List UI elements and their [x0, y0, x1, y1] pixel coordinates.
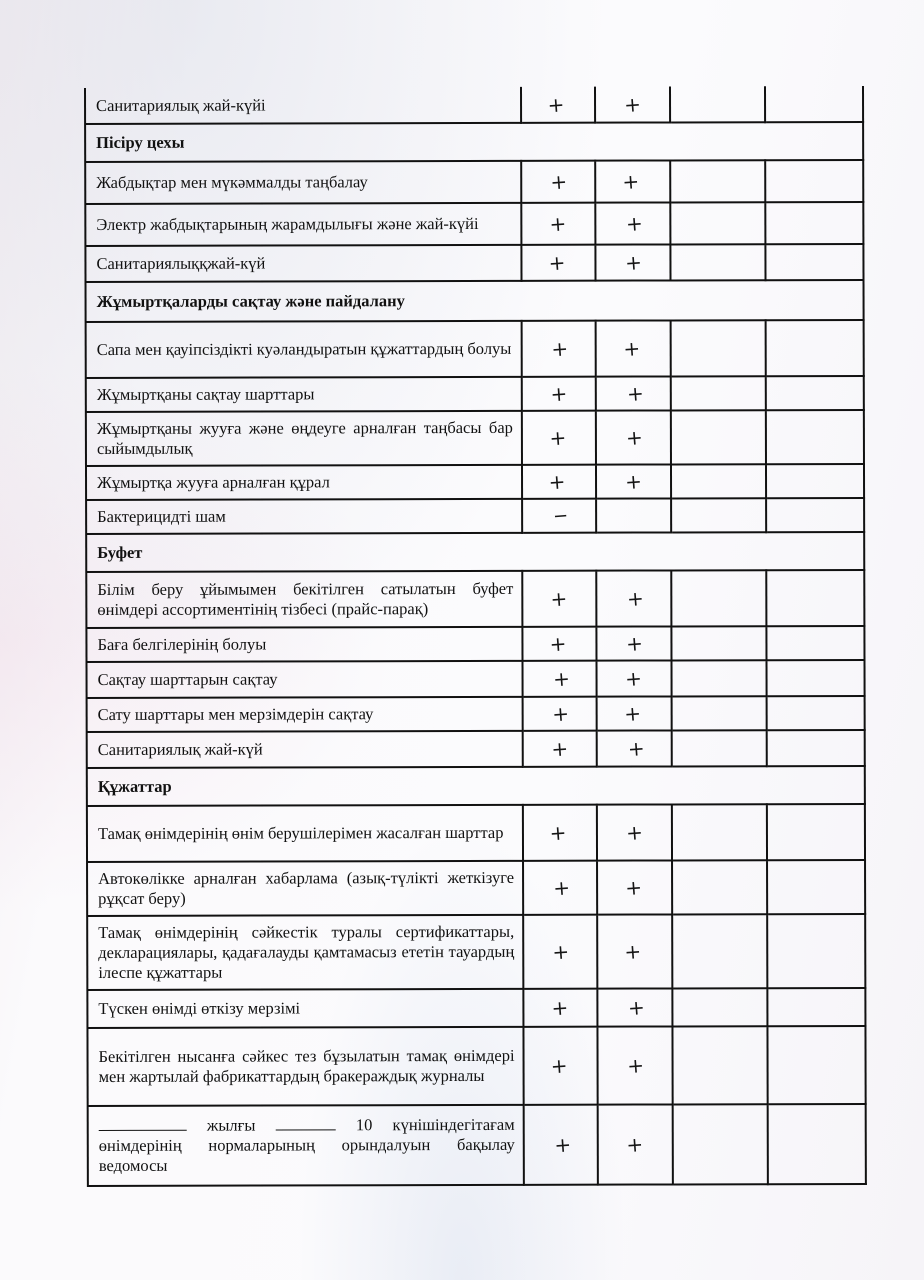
item-cell: Жұмыртқа жууға арналған құрал: [86, 465, 522, 500]
mark-cell-4[interactable]: [767, 660, 865, 696]
blank-line-3: ведомосы: [99, 1155, 515, 1176]
plus-mark-icon: +: [522, 167, 595, 196]
mark-cell-4[interactable]: [767, 914, 865, 988]
section-title: Құжаттар: [88, 767, 864, 805]
mark-cell-3[interactable]: [670, 202, 765, 244]
empty-mark: [769, 1062, 865, 1069]
empty-mark: [669, 434, 765, 441]
checklist-row: Жұмыртқаны жууға және өңдеуге арналған т…: [86, 410, 864, 466]
item-label: Жұмыртқаны жууға және өңдеуге арналған т…: [87, 412, 521, 465]
item-cell: Сапа мен қауіпсіздікті куәландыратын құж…: [86, 321, 522, 378]
plus-mark-icon: +: [591, 167, 670, 197]
empty-mark: [676, 675, 766, 682]
mark-cell-3[interactable]: [671, 376, 766, 410]
plus-mark-icon: +: [519, 818, 597, 847]
plus-mark-icon: +: [524, 334, 596, 363]
year-blank-field[interactable]: [99, 1116, 187, 1131]
mark-cell-4[interactable]: [765, 202, 863, 244]
plus-mark-icon: +: [597, 1130, 673, 1159]
plus-mark-icon: +: [595, 89, 670, 118]
mark-cell-1[interactable]: +: [522, 321, 596, 377]
item-label: Бекітілген нысанға сәйкес тез бұзылатын …: [88, 1040, 522, 1093]
mark-cell-1[interactable]: +: [522, 627, 596, 661]
item-cell: Білім беру ұйымымен бекітілген сатылатын…: [86, 571, 522, 628]
empty-mark: [764, 512, 863, 519]
mark-cell-3[interactable]: [670, 160, 765, 202]
month-blank-field[interactable]: [276, 1115, 336, 1130]
mark-cell-2[interactable]: +: [596, 570, 671, 626]
item-cell: Электр жабдықтарының жарамдылығы және жа…: [85, 203, 521, 246]
item-label: Тамақ өнімдерінің сәйкестік туралы серти…: [88, 916, 522, 989]
plus-mark-icon: +: [528, 1130, 598, 1159]
mark-cell-1[interactable]: +: [521, 245, 595, 281]
mark-cell-1[interactable]: +: [524, 1105, 598, 1185]
item-cell: жылғы10күнішіндегітағамөнімдерінің норма…: [88, 1105, 524, 1186]
mark-cell-4[interactable]: [766, 464, 864, 498]
inspection-checklist-table: Санитариялық жай-күйі++Пісіру цехыЖабдық…: [84, 86, 867, 1187]
section-header: Буфет: [86, 532, 864, 572]
empty-mark: [595, 513, 670, 518]
plus-mark-icon: +: [597, 818, 672, 847]
checklist-row: Сапа мен қауіпсіздікті куәландыратын құж…: [86, 320, 864, 378]
item-cell: Бактерицидті шам: [86, 499, 522, 534]
mark-cell-3[interactable]: [671, 498, 766, 532]
section-header-row: Пісіру цехы: [85, 122, 863, 162]
checklist-row: Білім беру ұйымымен бекітілген сатылатын…: [86, 570, 864, 628]
plus-mark-icon: +: [593, 937, 672, 967]
empty-mark: [672, 1004, 767, 1011]
mark-cell-2[interactable]: +: [596, 626, 671, 660]
blank-line-2: өнімдерінің нормаларының орындалуын бақы…: [99, 1135, 515, 1156]
mark-cell-4[interactable]: [766, 570, 864, 626]
checklist-row: Жұмыртқа жууға арналған құрал++: [86, 464, 864, 500]
item-cell: Жабдықтар мен мүкәммалды таңбалау: [85, 161, 521, 204]
mark-cell-1[interactable]: −: [522, 499, 596, 533]
item-label: Электр жабдықтарының жарамдылығы және жа…: [86, 208, 520, 241]
item-label: Жұмыртқаны сақтау шарттары: [87, 378, 521, 411]
plus-mark-icon: +: [598, 629, 672, 658]
plus-mark-icon: +: [599, 1051, 673, 1080]
mark-cell-3[interactable]: [672, 696, 767, 730]
mark-cell-1[interactable]: +: [521, 203, 595, 245]
empty-mark: [772, 948, 864, 955]
item-cell: Жұмыртқаны жууға және өңдеуге арналған т…: [86, 411, 522, 466]
item-cell: Тамақ өнімдерінің өнім берушілерімен жас…: [87, 805, 523, 862]
plus-mark-icon: +: [523, 993, 598, 1022]
item-label: Сақтау шарттарын сақтау: [88, 663, 522, 696]
item-cell: Жұмыртқаны сақтау шарттары: [86, 377, 522, 412]
checklist-row: Электр жабдықтарының жарамдылығы және жа…: [85, 202, 863, 246]
section-header: Жұмыртқаларды сақтау және пайдалану: [86, 280, 864, 322]
plus-mark-icon: +: [524, 937, 597, 966]
mark-cell-4[interactable]: [765, 86, 863, 122]
item-cell: Сату шарттары мен мерзімдерін сақтау: [87, 697, 523, 732]
plus-mark-icon: +: [525, 699, 597, 728]
mark-cell-2[interactable]: +: [596, 376, 671, 410]
plus-mark-icon: +: [521, 1051, 598, 1080]
item-label: Жұмыртқа жууға арналған құрал: [87, 466, 521, 499]
empty-mark: [768, 434, 863, 441]
section-title: Буфет: [87, 533, 863, 571]
mark-cell-1[interactable]: +: [522, 571, 596, 627]
empty-mark: [676, 478, 765, 484]
mark-cell-3[interactable]: [670, 86, 765, 122]
mark-cell-3[interactable]: [671, 410, 766, 464]
empty-mark: [765, 884, 864, 891]
mark-cell-2[interactable]: +: [597, 660, 672, 696]
checklist-row: Баға белгілерінің болуы++: [86, 626, 864, 662]
section-header-row: Құжаттар: [87, 766, 865, 806]
item-label: Тамақ өнімдерінің өнім берушілерімен жас…: [88, 817, 522, 850]
mark-cell-1[interactable]: +: [521, 87, 595, 123]
mark-cell-3[interactable]: [673, 1104, 768, 1184]
checklist-row: Бекітілген нысанға сәйкес тез бұзылатын …: [87, 1026, 865, 1106]
mark-cell-4[interactable]: [766, 376, 864, 410]
empty-mark: [771, 745, 864, 752]
word-year: жылғы: [207, 1116, 256, 1136]
mark-cell-4[interactable]: [766, 320, 864, 376]
mark-cell-1[interactable]: +: [523, 805, 597, 861]
mark-cell-4[interactable]: [767, 730, 865, 766]
empty-mark: [763, 344, 863, 351]
plus-mark-icon: +: [521, 209, 596, 238]
mark-cell-4[interactable]: [767, 1026, 865, 1104]
plus-mark-icon: +: [523, 734, 597, 763]
empty-mark: [675, 101, 764, 107]
empty-mark: [674, 710, 766, 717]
plus-mark-icon: +: [527, 664, 597, 693]
mark-cell-3[interactable]: [672, 804, 767, 860]
item-label: Жабдықтар мен мүкәммалды таңбалау: [86, 166, 520, 199]
item-label: Санитариялық жай-күй: [88, 733, 522, 766]
empty-mark: [672, 745, 766, 752]
section-title: Жұмыртқаларды сақтау және пайдалану: [87, 282, 863, 320]
plus-mark-icon: +: [599, 209, 671, 238]
section-title: Пісіру цехы: [86, 123, 862, 161]
plus-mark-icon: +: [600, 584, 672, 613]
section-header: Пісіру цехы: [85, 122, 863, 162]
item-label: Білім беру ұйымымен бекітілген сатылатын…: [87, 573, 521, 626]
mark-cell-3[interactable]: [671, 464, 766, 498]
plus-mark-icon: +: [522, 379, 596, 408]
section-header: Құжаттар: [87, 766, 865, 806]
plus-mark-icon: +: [518, 467, 596, 496]
mark-cell-3[interactable]: [671, 626, 766, 660]
mark-cell-1[interactable]: +: [521, 161, 595, 203]
empty-mark: [673, 948, 766, 955]
mark-cell-3[interactable]: [672, 660, 767, 696]
empty-mark: [770, 178, 862, 185]
item-label: Түскен өнімді өткізу мерзімі: [88, 992, 522, 1025]
empty-mark: [766, 478, 863, 485]
empty-mark: [771, 1004, 865, 1011]
plus-mark-icon: +: [596, 467, 671, 496]
mark-cell-4[interactable]: [766, 626, 864, 660]
empty-mark: [765, 100, 862, 107]
mark-cell-2[interactable]: +: [595, 86, 670, 122]
section-header-row: Буфет: [86, 532, 864, 572]
plus-mark-icon: +: [598, 423, 671, 452]
mark-cell-4[interactable]: [767, 988, 865, 1026]
mark-cell-2[interactable]: +: [597, 988, 672, 1026]
mark-cell-2[interactable]: +: [596, 410, 671, 464]
plus-mark-icon: +: [595, 873, 672, 902]
mark-cell-2[interactable]: +: [597, 730, 672, 766]
mark-cell-2[interactable]: +: [597, 1026, 672, 1104]
mark-cell-3[interactable]: [672, 988, 767, 1026]
empty-mark: [668, 259, 765, 266]
mark-cell-1[interactable]: +: [522, 411, 596, 465]
plus-mark-icon: +: [526, 873, 597, 902]
item-label: Сапа мен қауіпсіздікті куәландыратын құж…: [87, 333, 521, 366]
empty-mark: [767, 259, 863, 266]
mark-cell-3[interactable]: [672, 860, 767, 914]
mark-cell-1[interactable]: +: [523, 731, 597, 767]
empty-mark: [767, 1141, 865, 1148]
plus-mark-icon: +: [593, 334, 671, 363]
mark-cell-4[interactable]: [767, 696, 865, 730]
checklist-row: Санитариялыққжай-күй++: [85, 244, 863, 282]
mark-cell-2[interactable]: +: [595, 202, 670, 244]
checklist-row: Сақтау шарттарын сақтау++: [87, 660, 865, 698]
empty-mark: [764, 709, 864, 716]
section-header-row: Жұмыртқаларды сақтау және пайдалану: [86, 280, 864, 322]
plus-mark-icon: +: [594, 699, 672, 728]
mark-cell-2[interactable]: +: [595, 160, 670, 202]
mark-cell-1[interactable]: +: [523, 661, 597, 697]
item-cell: Бекітілген нысанға сәйкес тез бұзылатын …: [87, 1027, 523, 1106]
mark-cell-4[interactable]: [767, 804, 865, 860]
checklist-row: Тамақ өнімдерінің сәйкестік туралы серти…: [87, 914, 865, 990]
item-label: Автокөлікке арналған хабарлама (азық-түл…: [88, 862, 522, 915]
mark-cell-3[interactable]: [672, 730, 767, 766]
item-cell: Сақтау шарттарын сақтау: [87, 661, 523, 698]
mark-cell-3[interactable]: [670, 244, 765, 280]
plus-mark-icon: +: [600, 379, 671, 408]
mark-cell-1[interactable]: +: [523, 861, 597, 915]
mark-cell-3[interactable]: [671, 320, 766, 376]
item-cell: Тамақ өнімдерінің сәйкестік туралы серти…: [87, 915, 523, 990]
mark-cell-2[interactable]: +: [598, 1104, 673, 1184]
minus-mark-icon: −: [525, 503, 595, 529]
item-label: Баға белгілерінің болуы: [87, 628, 521, 661]
plus-mark-icon: +: [596, 664, 672, 693]
empty-mark: [770, 390, 863, 397]
checklist-row: Жабдықтар мен мүкәммалды таңбалау++: [85, 160, 863, 204]
mark-cell-1[interactable]: +: [523, 915, 597, 989]
item-cell: Санитариялыққжай-күй: [85, 245, 521, 282]
mark-cell-1[interactable]: +: [522, 377, 596, 411]
mark-cell-2[interactable]: +: [597, 914, 672, 988]
plus-mark-icon: +: [520, 423, 596, 452]
plus-mark-icon: +: [601, 993, 673, 1022]
item-label: Санитариялыққжай-күй: [86, 247, 520, 280]
empty-mark: [671, 178, 764, 185]
checklist-row: Санитариялық жай-күй++: [87, 730, 865, 768]
checklist-table-wrapper: Санитариялық жай-күйі++Пісіру цехыЖабдық…: [84, 86, 865, 1187]
empty-mark: [669, 220, 764, 227]
empty-mark: [669, 640, 766, 647]
mark-cell-2[interactable]: +: [597, 860, 672, 914]
mark-cell-4[interactable]: [765, 160, 863, 202]
empty-mark: [768, 220, 862, 227]
plus-mark-icon: +: [517, 90, 595, 119]
mark-cell-3[interactable]: [672, 914, 767, 988]
item-label: Сату шарттары мен мерзімдерін сақтау: [88, 698, 522, 731]
checklist-row: Түскен өнімді өткізу мерзімі++: [87, 988, 865, 1028]
checklist-row: Жұмыртқаны сақтау шарттары++: [86, 376, 864, 412]
empty-mark: [670, 1062, 767, 1069]
empty-mark: [766, 675, 864, 682]
empty-mark: [674, 512, 765, 519]
checklist-row: жылғы10күнішіндегітағамөнімдерінің норма…: [88, 1104, 866, 1186]
empty-mark: [675, 884, 766, 891]
mark-cell-4[interactable]: [768, 1104, 866, 1184]
checklist-row: Автокөлікке арналған хабарлама (азық-түл…: [87, 860, 865, 916]
word-ten: 10: [356, 1115, 373, 1135]
blank-line-1: жылғы10күнішіндегітағам: [99, 1115, 515, 1136]
plus-mark-icon: +: [519, 248, 596, 277]
mark-cell-2[interactable]: +: [597, 696, 672, 730]
checklist-row: Сату шарттары мен мерзімдерін сақтау++: [87, 696, 865, 732]
mark-cell-3[interactable]: [671, 570, 766, 626]
mark-cell-1[interactable]: +: [523, 697, 597, 731]
word-within-days: күнішіндегітағам: [393, 1115, 515, 1135]
item-label: Бактерицидті шам: [87, 500, 521, 533]
empty-mark: [677, 1141, 767, 1148]
mark-cell-4[interactable]: [766, 498, 864, 532]
mark-cell-1[interactable]: +: [522, 465, 596, 499]
plus-mark-icon: +: [522, 584, 597, 613]
mark-cell-4[interactable]: [765, 244, 863, 280]
mark-cell-2[interactable]: +: [595, 244, 670, 280]
mark-cell-2[interactable]: +: [596, 320, 671, 376]
checklist-row: Санитариялық жай-күйі++: [85, 86, 863, 124]
mark-cell-2[interactable]: +: [597, 804, 672, 860]
plus-mark-icon: +: [520, 629, 597, 658]
item-cell: Баға белгілерінің болуы: [86, 627, 522, 662]
item-label: Санитариялық жай-күйі: [86, 88, 520, 121]
item-label: жылғы10күнішіндегітағамөнімдерінің норма…: [89, 1109, 523, 1182]
empty-mark: [767, 829, 864, 836]
checklist-row: Тамақ өнімдерінің өнім берушілерімен жас…: [87, 804, 865, 862]
item-cell: Санитариялық жай-күй: [87, 731, 523, 768]
mark-cell-2[interactable]: [596, 498, 671, 532]
empty-mark: [670, 595, 765, 602]
item-cell: Автокөлікке арналған хабарлама (азық-түл…: [87, 861, 523, 916]
empty-mark: [671, 390, 765, 397]
mark-cell-1[interactable]: +: [523, 989, 597, 1027]
mark-cell-3[interactable]: [672, 1026, 767, 1104]
mark-cell-4[interactable]: [766, 410, 864, 464]
plus-mark-icon: +: [597, 248, 671, 277]
empty-mark: [673, 345, 765, 352]
empty-mark: [769, 595, 863, 602]
empty-mark: [677, 829, 766, 835]
item-cell: Санитариялық жай-күйі: [85, 87, 521, 124]
item-cell: Түскен өнімді өткізу мерзімі: [87, 989, 523, 1028]
plus-mark-icon: +: [601, 734, 672, 763]
checklist-row: Бактерицидті шам−: [86, 498, 864, 534]
mark-cell-1[interactable]: +: [523, 1027, 597, 1105]
empty-mark: [768, 640, 864, 647]
mark-cell-4[interactable]: [767, 860, 865, 914]
mark-cell-2[interactable]: +: [596, 464, 671, 498]
